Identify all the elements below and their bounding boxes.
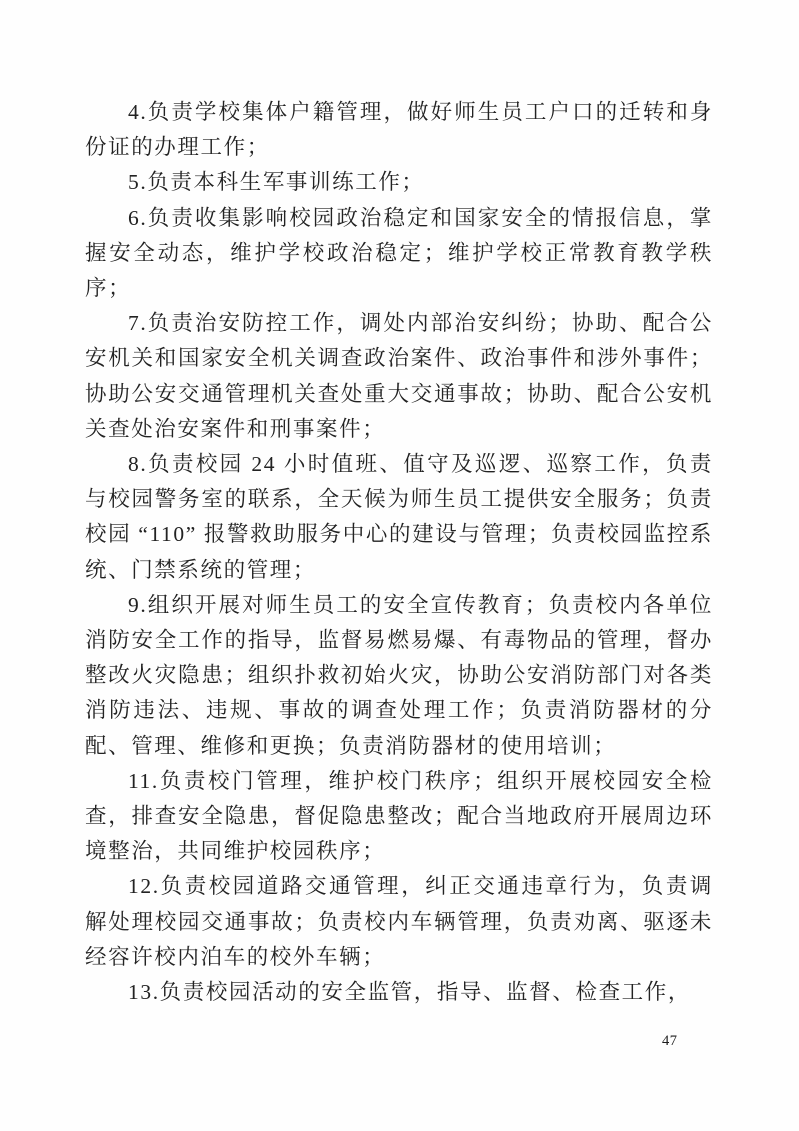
document-body: 4.负责学校集体户籍管理，做好师生员工户口的迁转和身份证的办理工作； 5.负责本… (85, 95, 713, 1010)
paragraph-item-12: 12.负责校园道路交通管理，纠正交通违章行为，负责调解处理校园交通事故；负责校内… (85, 869, 713, 975)
paragraph-item-13: 13.负责校园活动的安全监管，指导、监督、检查工作， (85, 975, 713, 1010)
paragraph-item-4: 4.负责学校集体户籍管理，做好师生员工户口的迁转和身份证的办理工作； (85, 95, 713, 165)
paragraph-item-6: 6.负责收集影响校园政治稳定和国家安全的情报信息，掌握安全动态，维护学校政治稳定… (85, 201, 713, 307)
paragraph-item-5: 5.负责本科生军事训练工作； (85, 165, 713, 200)
page-number: 47 (662, 1033, 678, 1050)
paragraph-item-8: 8.负责校园 24 小时值班、值守及巡逻、巡察工作，负责与校园警务室的联系，全天… (85, 447, 713, 588)
paragraph-item-9: 9.组织开展对师生员工的安全宣传教育；负责校内各单位消防安全工作的指导，监督易燃… (85, 588, 713, 764)
paragraph-item-7: 7.负责治安防控工作，调处内部治安纠纷；协助、配合公安机关和国家安全机关调查政治… (85, 306, 713, 447)
paragraph-item-11: 11.负责校门管理，维护校门秩序；组织开展校园安全检查，排查安全隐患，督促隐患整… (85, 764, 713, 870)
document-page: 4.负责学校集体户籍管理，做好师生员工户口的迁转和身份证的办理工作； 5.负责本… (0, 0, 799, 1131)
